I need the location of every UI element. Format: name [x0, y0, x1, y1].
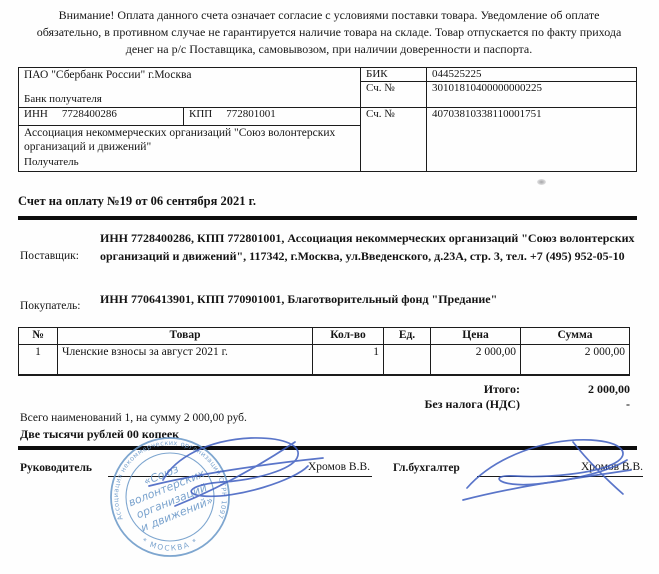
items-table: № Товар Кол-во Ед. Цена Сумма 1 Членские…	[18, 327, 630, 376]
corr-account-value: 30101810400000000225	[427, 82, 636, 108]
supplier-value: ИНН 7728400286, КПП 772801001, Ассоциаци…	[100, 229, 637, 265]
items-header-qty: Кол-во	[313, 328, 384, 345]
items-header-num: №	[19, 328, 58, 345]
total-label: Итого:	[330, 382, 520, 397]
bik-label: БИК	[361, 68, 427, 82]
invoice-document: Внимание! Оплата данного счета означает …	[0, 0, 659, 574]
bank-label: Банк получателя	[24, 93, 102, 107]
receiver-cell: Ассоциация некоммерческих организаций "С…	[19, 126, 361, 171]
stamp-center-text: «Союз волонтерских организаций и движени…	[121, 454, 217, 535]
inn-label: ИНН	[24, 108, 48, 125]
invoice-title: Счет на оплату №19 от 06 сентября 2021 г…	[18, 194, 256, 209]
accountant-signature-line	[477, 476, 643, 477]
total-value: 2 000,00	[520, 382, 630, 397]
scan-smudge-artifact	[537, 179, 546, 185]
receiver-label: Получатель	[24, 156, 79, 170]
receiver-name: Ассоциация некоммерческих организаций "С…	[24, 127, 335, 153]
items-header-sum: Сумма	[521, 328, 629, 345]
items-header-price: Цена	[431, 328, 521, 345]
item-row-price: 2 000,00	[431, 345, 521, 374]
account-label: Сч. №	[361, 108, 427, 171]
bank-name-cell: ПАО "Сбербанк России" г.Москва Банк полу…	[19, 68, 361, 108]
supplier-label: Поставщик:	[20, 250, 79, 262]
stamp-bottom-text-container: * МОСКВА *	[140, 536, 200, 553]
payment-warning-text: Внимание! Оплата данного счета означает …	[28, 7, 630, 58]
inn-cell: ИНН 7728400286	[19, 108, 184, 126]
items-header-name: Товар	[58, 328, 313, 345]
accountant-name: Хромов В.В.	[565, 461, 643, 473]
bank-requisites-table: ПАО "Сбербанк России" г.Москва Банк полу…	[18, 67, 637, 172]
item-row-unit	[384, 345, 431, 374]
item-row-sum: 2 000,00	[521, 345, 629, 374]
vat-value: -	[520, 397, 630, 412]
items-header-unit: Ед.	[384, 328, 431, 345]
stamp-city-text: * МОСКВА *	[140, 536, 200, 553]
bank-name: ПАО "Сбербанк России" г.Москва	[24, 69, 191, 81]
buyer-label: Покупатель:	[20, 300, 81, 312]
director-label: Руководитель	[20, 462, 92, 474]
title-divider-line	[18, 216, 637, 220]
kpp-label: КПП	[189, 108, 212, 125]
organization-stamp: Ассоциация некоммерческих организаций ОГ…	[90, 417, 250, 574]
vat-label: Без налога (НДС)	[330, 397, 520, 412]
accountant-label: Гл.бухгалтер	[393, 462, 460, 474]
kpp-value: 772801001	[226, 108, 276, 125]
account-value: 40703810338110001751	[427, 108, 636, 171]
corr-account-label: Сч. №	[361, 82, 427, 108]
buyer-value: ИНН 7706413901, КПП 770901001, Благотвор…	[100, 290, 637, 308]
item-row-num: 1	[19, 345, 58, 374]
kpp-cell: КПП 772801001	[184, 108, 361, 126]
inn-value: 7728400286	[62, 108, 117, 125]
bik-value: 044525225	[427, 68, 636, 82]
director-name: Хромов В.В.	[292, 461, 370, 473]
item-row-name: Членские взносы за август 2021 г.	[58, 345, 313, 374]
item-row-qty: 1	[313, 345, 384, 374]
